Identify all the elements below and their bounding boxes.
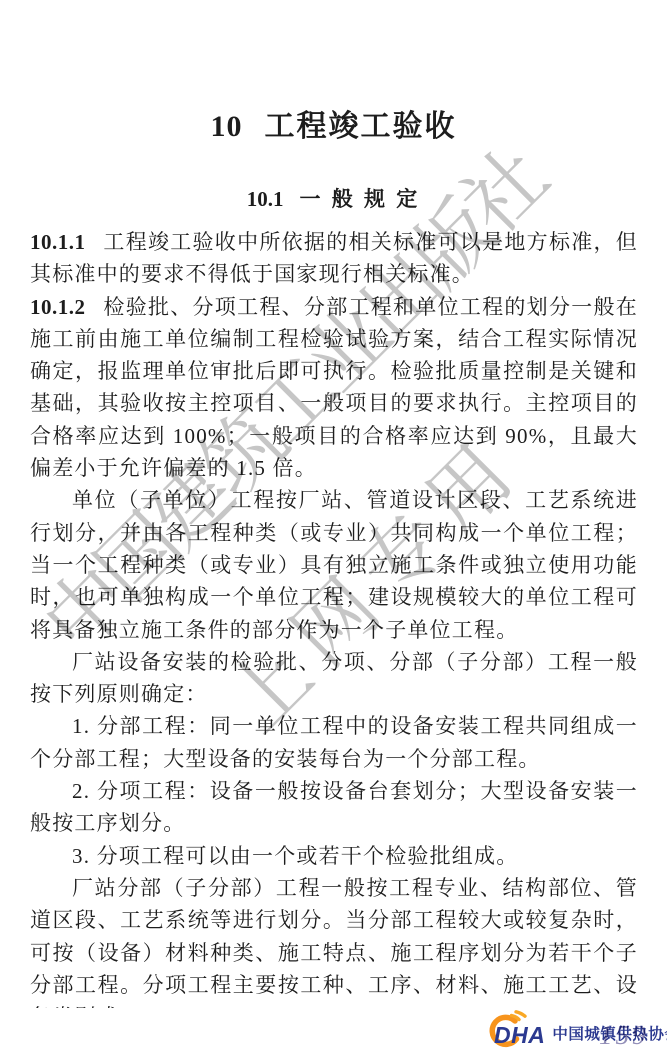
clause-number: 10.1.2 (30, 295, 86, 319)
body-text: 10.1.1工程竣工验收中所依据的相关标准可以是地方标准，但其标准中的要求不得低… (30, 226, 638, 1008)
chapter-title: 10工程竣工验收 (0, 101, 667, 145)
section-number: 10.1 (247, 187, 284, 211)
clause-number: 10.1.1 (30, 230, 86, 254)
body-paragraph: 厂站设备安装的检验批、分项、分部（子分部）工程一般按下列原则确定： (30, 646, 638, 711)
body-paragraph: 3. 分项工程可以由一个或若干个检验批组成。 (30, 840, 638, 872)
chapter-number: 10 (211, 110, 243, 143)
body-paragraph: 2. 分项工程：设备一般按设备台套划分；大型设备安装一般按工序划分。 (30, 775, 638, 840)
body-paragraph: 1. 分部工程：同一单位工程中的设备安装工程共同组成一个分部工程；大型设备的安装… (30, 710, 638, 775)
body-paragraph: 单位（子单位）工程按厂站、管道设计区段、工艺系统进行划分，并由各工程种类（或专业… (30, 484, 638, 645)
clause-paragraph: 10.1.2检验批、分项工程、分部工程和单位工程的划分一般在施工前由施工单位编制… (30, 291, 638, 485)
clause-paragraph: 10.1.1工程竣工验收中所依据的相关标准可以是地方标准，但其标准中的要求不得低… (30, 226, 638, 291)
page-number: 159 (599, 1020, 649, 1051)
section-name: 一 般 规 定 (300, 187, 421, 211)
section-title: 10.1一 般 规 定 (0, 183, 667, 213)
body-paragraph: 厂站分部（子分部）工程一般按工程专业、结构部位、管道区段、工艺系统等进行划分。当… (30, 872, 638, 1008)
logo-acronym: DHA (494, 1022, 545, 1049)
document-page: 中国建筑工业出版社 上网专用 10工程竣工验收 10.1一 般 规 定 10.1… (0, 0, 667, 1058)
chapter-name: 工程竣工验收 (265, 110, 457, 143)
